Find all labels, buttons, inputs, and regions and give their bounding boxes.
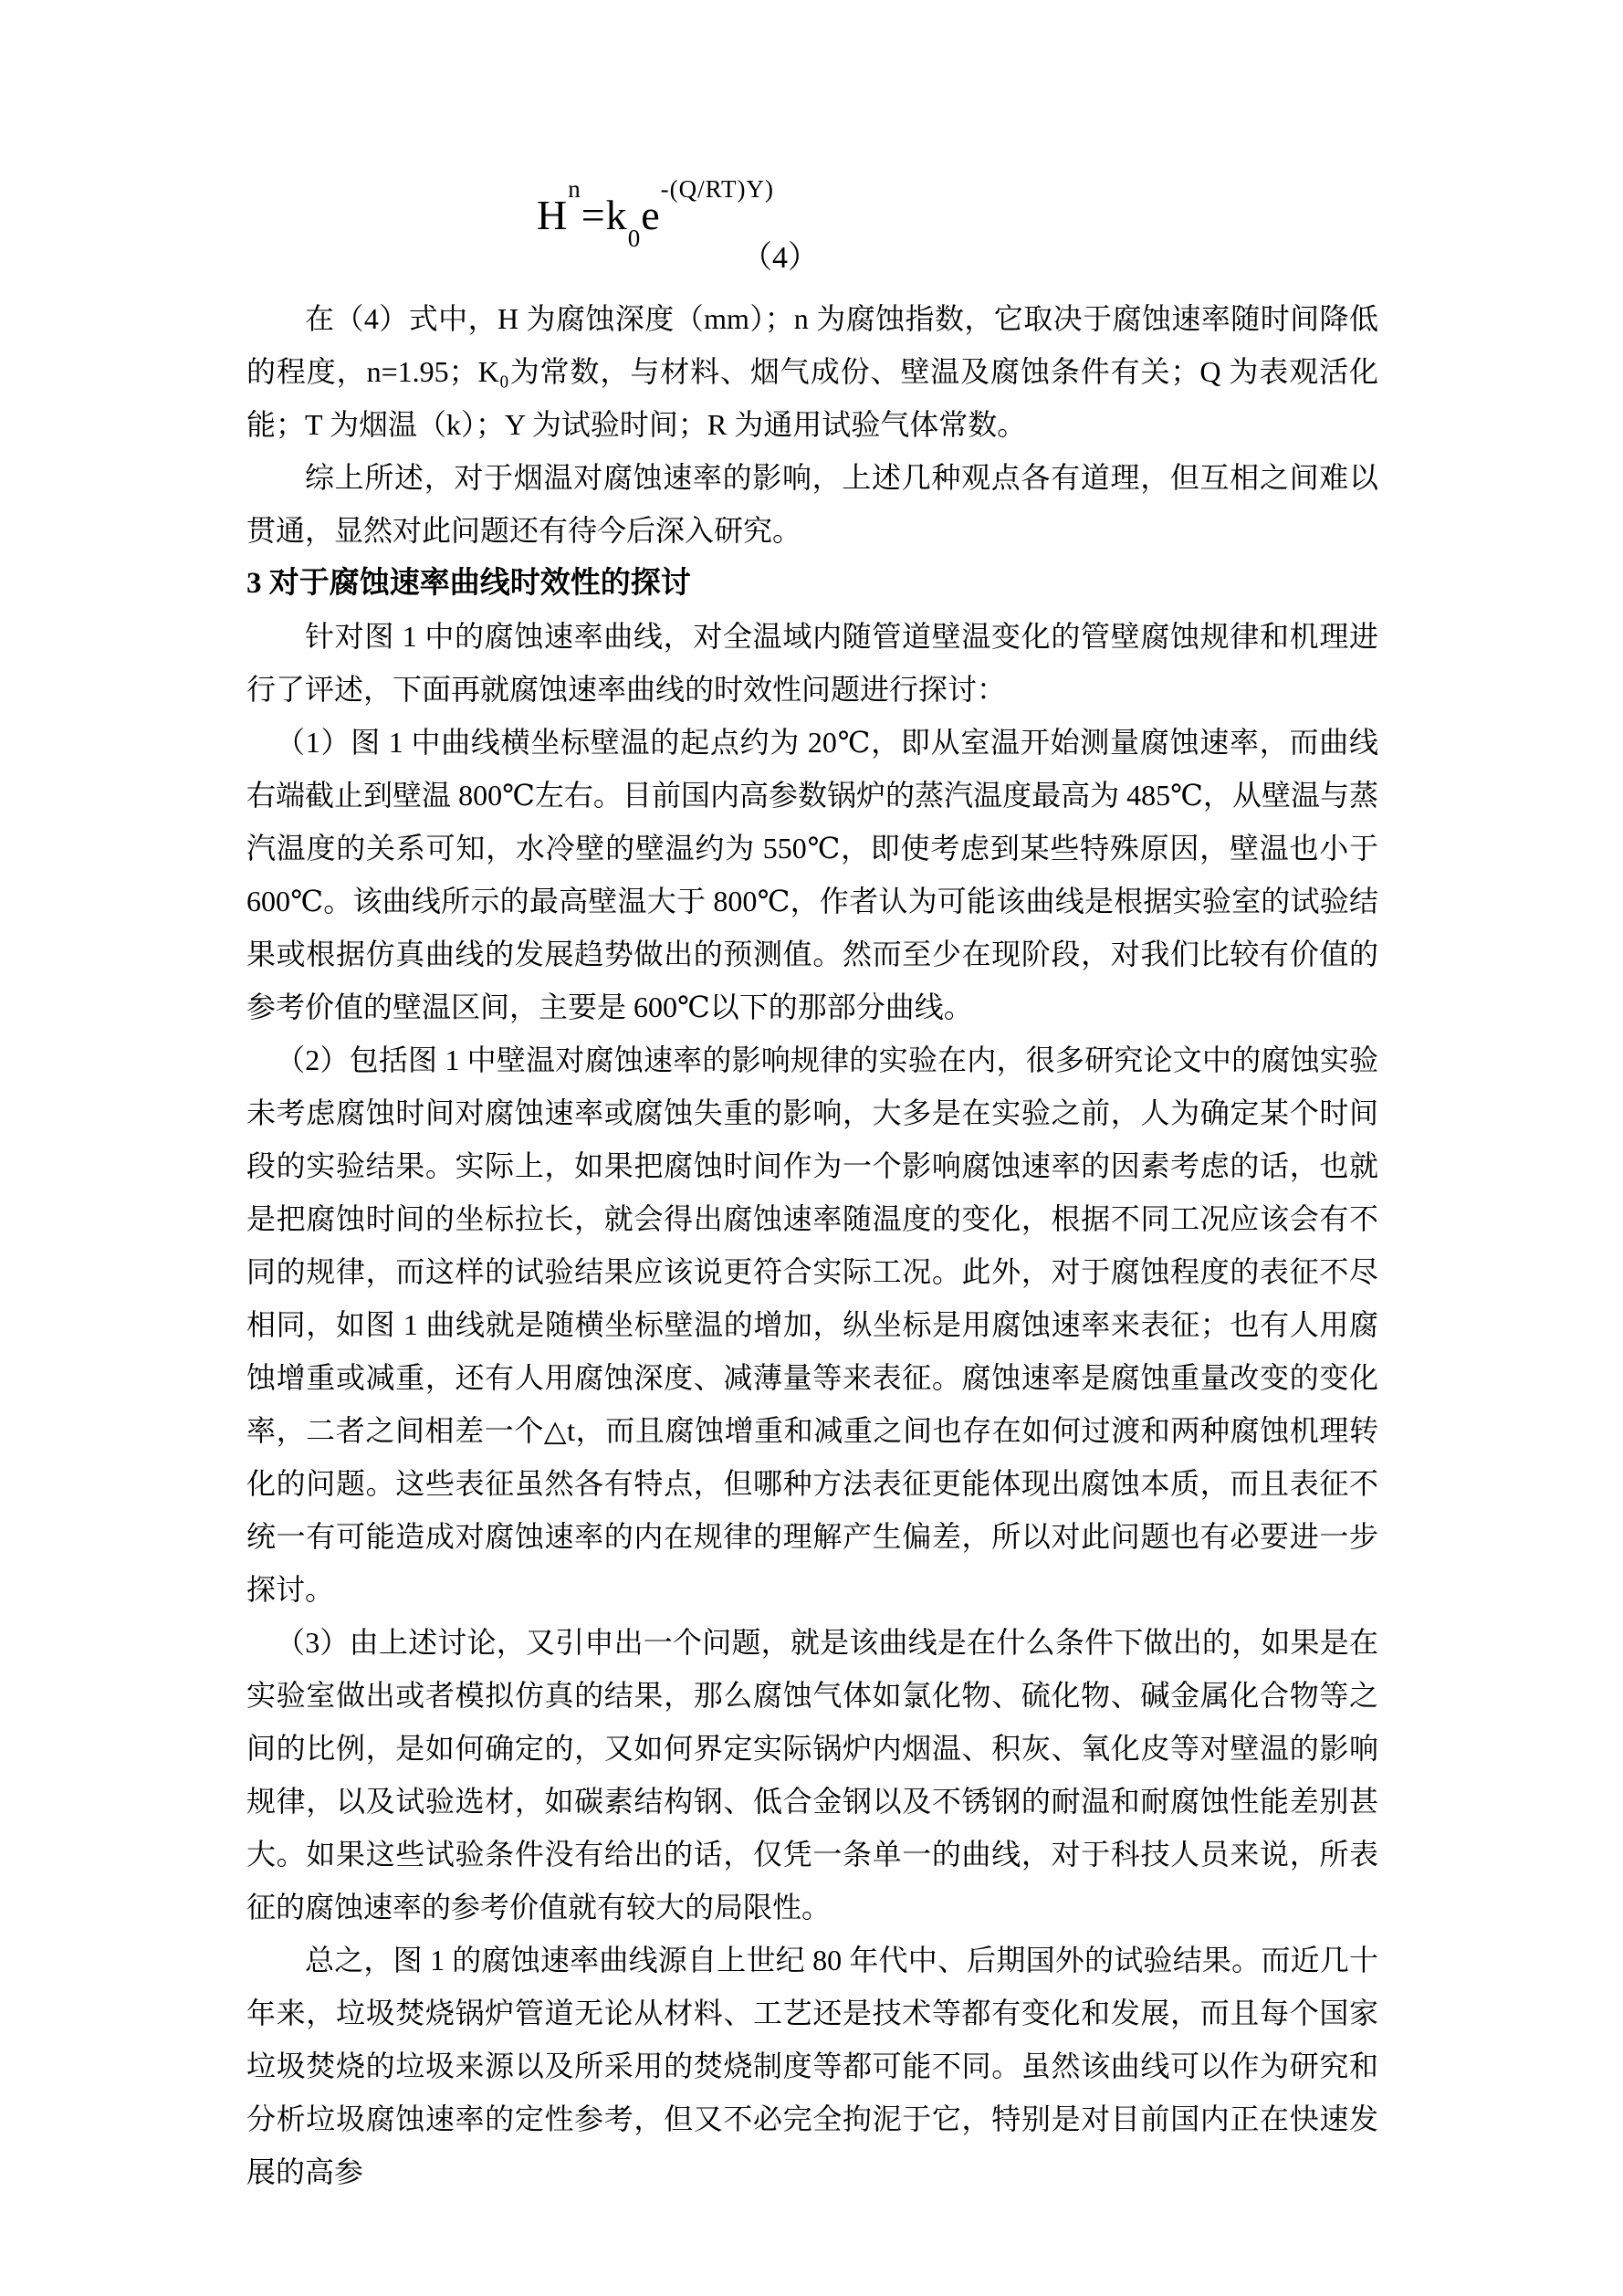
document-page: Hn=k0e-(Q/RT)Y) （4） 在（4）式中，H 为腐蚀深度（mm）；n… xyxy=(0,0,1623,2296)
equation-number: （4） xyxy=(741,239,1378,278)
equation-rhs-k: =k xyxy=(581,192,628,238)
equation-4-block: Hn=k0e-(Q/RT)Y) （4） xyxy=(246,190,1378,278)
equation-lhs-superscript: n xyxy=(568,175,581,203)
section-3-heading: 3 对于腐蚀速率曲线时效性的探讨 xyxy=(246,557,1378,610)
equation-exponent: -(Q/RT)Y) xyxy=(661,175,774,203)
equation-4-formula: Hn=k0e-(Q/RT)Y) xyxy=(537,190,1378,241)
equation-rhs-e: e xyxy=(641,192,660,238)
equation-lhs-base: H xyxy=(537,192,568,238)
body-text-block: 在（4）式中，H 为腐蚀深度（mm）；n 为腐蚀指数，它取决于腐蚀速率随时间降低… xyxy=(246,292,1378,2198)
point-2-paragraph: （2）包括图 1 中壁温对腐蚀速率的影响规律的实验在内，很多研究论文中的腐蚀实验… xyxy=(246,1033,1378,1616)
point-1-paragraph: （1）图 1 中曲线横坐标壁温的起点约为 20℃，即从室温开始测量腐蚀速率，而曲… xyxy=(246,716,1378,1033)
equation-k-subscript: 0 xyxy=(628,225,642,252)
conclusion-paragraph: 总之，图 1 的腐蚀速率曲线源自上世纪 80 年代中、后期国外的试验结果。而近几… xyxy=(246,1934,1378,2198)
summary-paragraph: 综上所述，对于烟温对腐蚀速率的影响，上述几种观点各有道理，但互相之间难以贯通，显… xyxy=(246,451,1378,557)
eq-explanation-paragraph: 在（4）式中，H 为腐蚀深度（mm）；n 为腐蚀指数，它取决于腐蚀速率随时间降低… xyxy=(246,292,1378,451)
point-3-paragraph: （3）由上述讨论，又引申出一个问题，就是该曲线是在什么条件下做出的，如果是在实验… xyxy=(246,1616,1378,1934)
section-3-intro-paragraph: 针对图 1 中的腐蚀速率曲线，对全温域内随管道壁温变化的管壁腐蚀规律和机理进行了… xyxy=(246,610,1378,716)
